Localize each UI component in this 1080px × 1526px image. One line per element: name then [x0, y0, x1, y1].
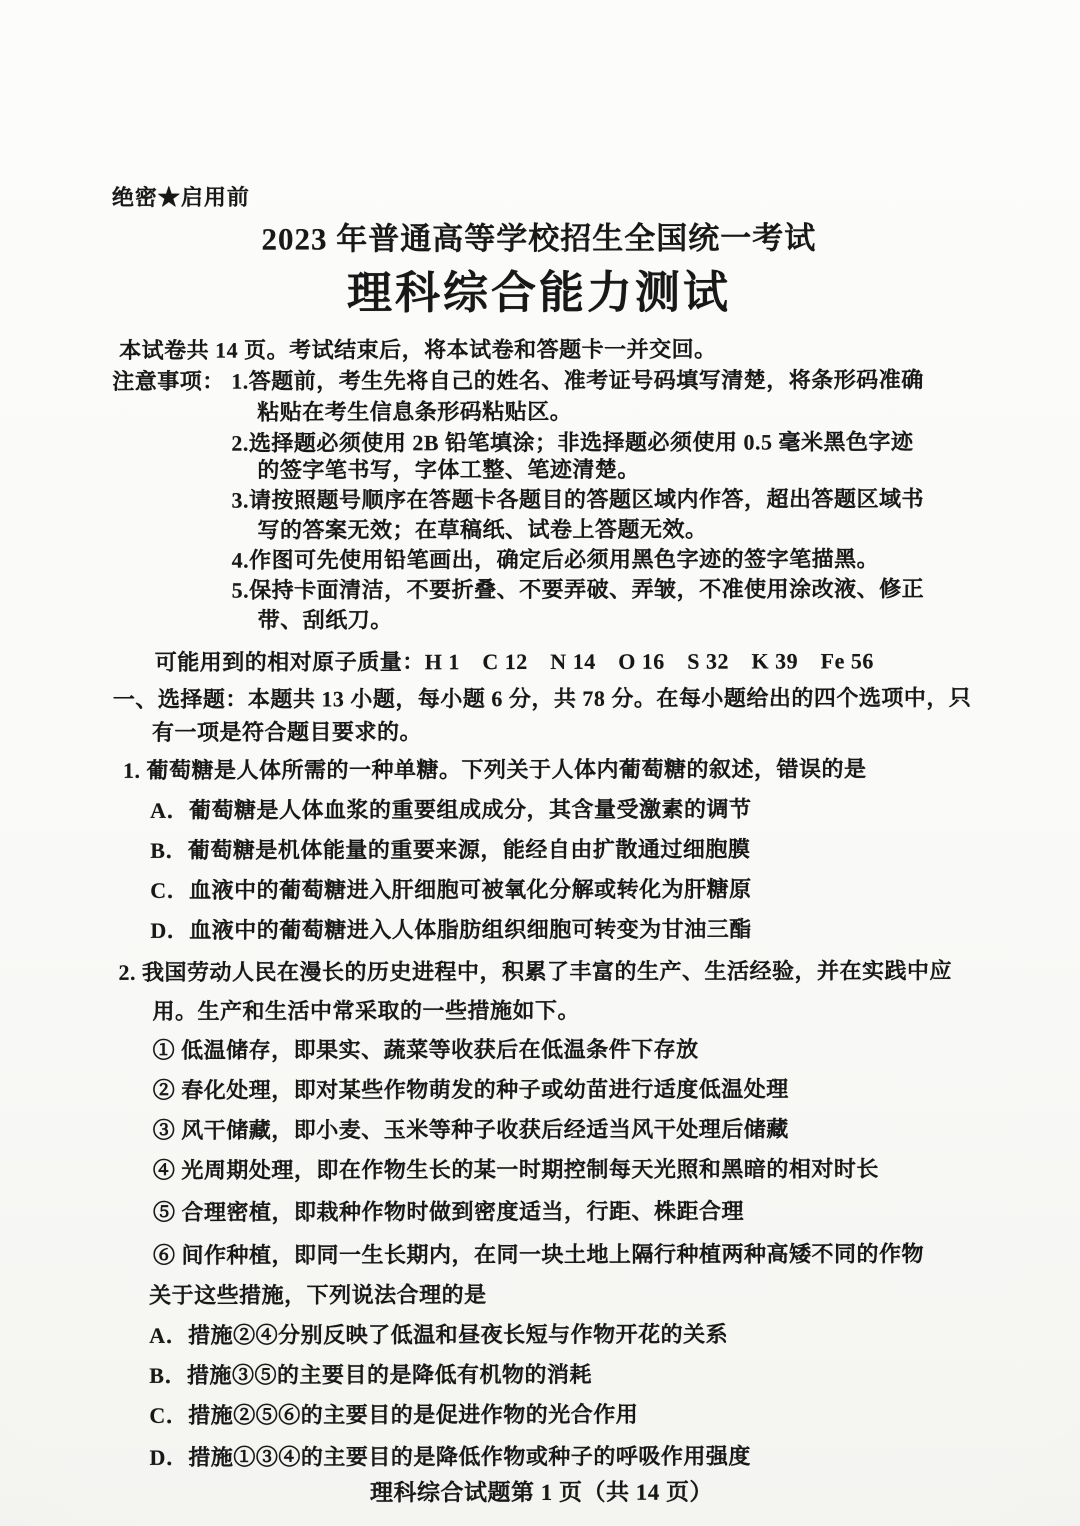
atomic-masses-line: 可能用到的相对原子质量：H 1 C 12 N 14 O 16 S 32 K 39… [155, 644, 874, 677]
question-2-option-a: A．措施②④分别反映了低温和昼夜长短与作物开花的关系 [149, 1318, 728, 1350]
notice-item-5-line-2: 带、刮纸刀。 [258, 603, 393, 634]
notice-item-3-line-2: 写的答案无效；在草稿纸、试卷上答题无效。 [257, 513, 707, 545]
question-2-measure-3: ③ 风干储藏，即小麦、玉米等种子收获后经适当风干处理后储藏 [153, 1112, 789, 1144]
page-footer: 理科综合试题第 1 页（共 14 页） [1, 1473, 1080, 1508]
question-2-measure-2: ② 春化处理，即对某些作物萌发的种子或幼苗进行适度低温处理 [153, 1072, 789, 1104]
question-2-measure-4: ④ 光周期处理，即在作物生长的某一时期控制每天光照和黑暗的相对时长 [153, 1152, 879, 1185]
notice-item-2-line-2: 的签字笔书写，字体工整、笔迹清楚。 [257, 453, 640, 485]
notice-item-1-line-1: 1.答题前，考生先将自己的姓名、准考证号码填写清楚，将条形码准确 [231, 363, 924, 395]
question-2-option-d: D．措施①③④的主要目的是降低作物或种子的呼吸作用强度 [149, 1440, 750, 1472]
question-2-stem-line-1: 2. 我国劳动人民在漫长的历史进程中，积累了丰富的生产、生活经验，并在实践中应 [118, 954, 952, 987]
question-2-closing-line: 关于这些措施，下列说法合理的是 [149, 1278, 487, 1310]
question-2-option-c: C．措施②⑤⑥的主要目的是促进作物的光合作用 [149, 1398, 638, 1430]
question-1-option-c: C．血液中的葡萄糖进入肝细胞可被氧化分解或转化为肝糖原 [150, 873, 751, 905]
question-1-option-b: B．葡萄糖是机体能量的重要来源，能经自由扩散通过细胞膜 [150, 833, 750, 865]
subject-title: 理科综合能力测试 [0, 255, 1079, 322]
question-1-option-d: D．血液中的葡萄糖进入人体脂肪组织细胞可转变为甘油三酯 [150, 913, 751, 945]
classification-label: 绝密★启用前 [112, 181, 250, 212]
section-heading-line-1: 一、选择题：本题共 13 小题，每小题 6 分，共 78 分。在每小题给出的四个… [113, 681, 972, 714]
question-1-stem: 1. 葡萄糖是人体所需的一种单糖。下列关于人体内葡萄糖的叙述，错误的是 [123, 752, 867, 785]
question-2-measure-6: ⑥ 间作种植，即同一生长期内，在同一块土地上隔行种植两种高矮不同的作物 [153, 1237, 924, 1270]
notice-label: 注意事项： [112, 365, 225, 396]
notice-item-5-line-1: 5.保持卡面清洁，不要折叠、不要弄破、弄皱，不准使用涂改液、修正 [232, 572, 925, 604]
exam-paper-page: 绝密★启用前 2023 年普通高等学校招生全国统一考试 理科综合能力测试 本试卷… [0, 0, 1080, 1526]
question-2-option-b: B．措施③⑤的主要目的是降低有机物的消耗 [149, 1358, 592, 1390]
question-1-option-a: A．葡萄糖是人体血浆的重要组成成分，其含量受激素的调节 [150, 793, 751, 825]
question-2-stem-line-2: 用。生产和生活中常采取的一些措施如下。 [152, 994, 580, 1026]
question-2-measure-1: ① 低温储存，即果实、蔬菜等收获后在低温条件下存放 [153, 1033, 699, 1065]
exam-title: 2023 年普通高等学校招生全国统一考试 [0, 212, 1079, 259]
question-2-measure-5: ⑤ 合理密植，即栽种作物时做到密度适当，行距、株距合理 [153, 1195, 744, 1227]
section-heading-line-2: 有一项是符合题目要求的。 [152, 715, 422, 747]
intro-line: 本试卷共 14 页。考试结束后，将本试卷和答题卡一并交回。 [119, 333, 717, 365]
notice-item-1-line-2: 粘贴在考生信息条形码粘贴区。 [257, 395, 572, 427]
notice-item-3-line-1: 3.请按照题号顺序在答题卡各题目的答题区域内作答，超出答题区域书 [231, 482, 924, 514]
notice-item-4-line-1: 4.作图可先使用铅笔画出，确定后必须用黑色字迹的签字笔描黑。 [232, 542, 880, 574]
